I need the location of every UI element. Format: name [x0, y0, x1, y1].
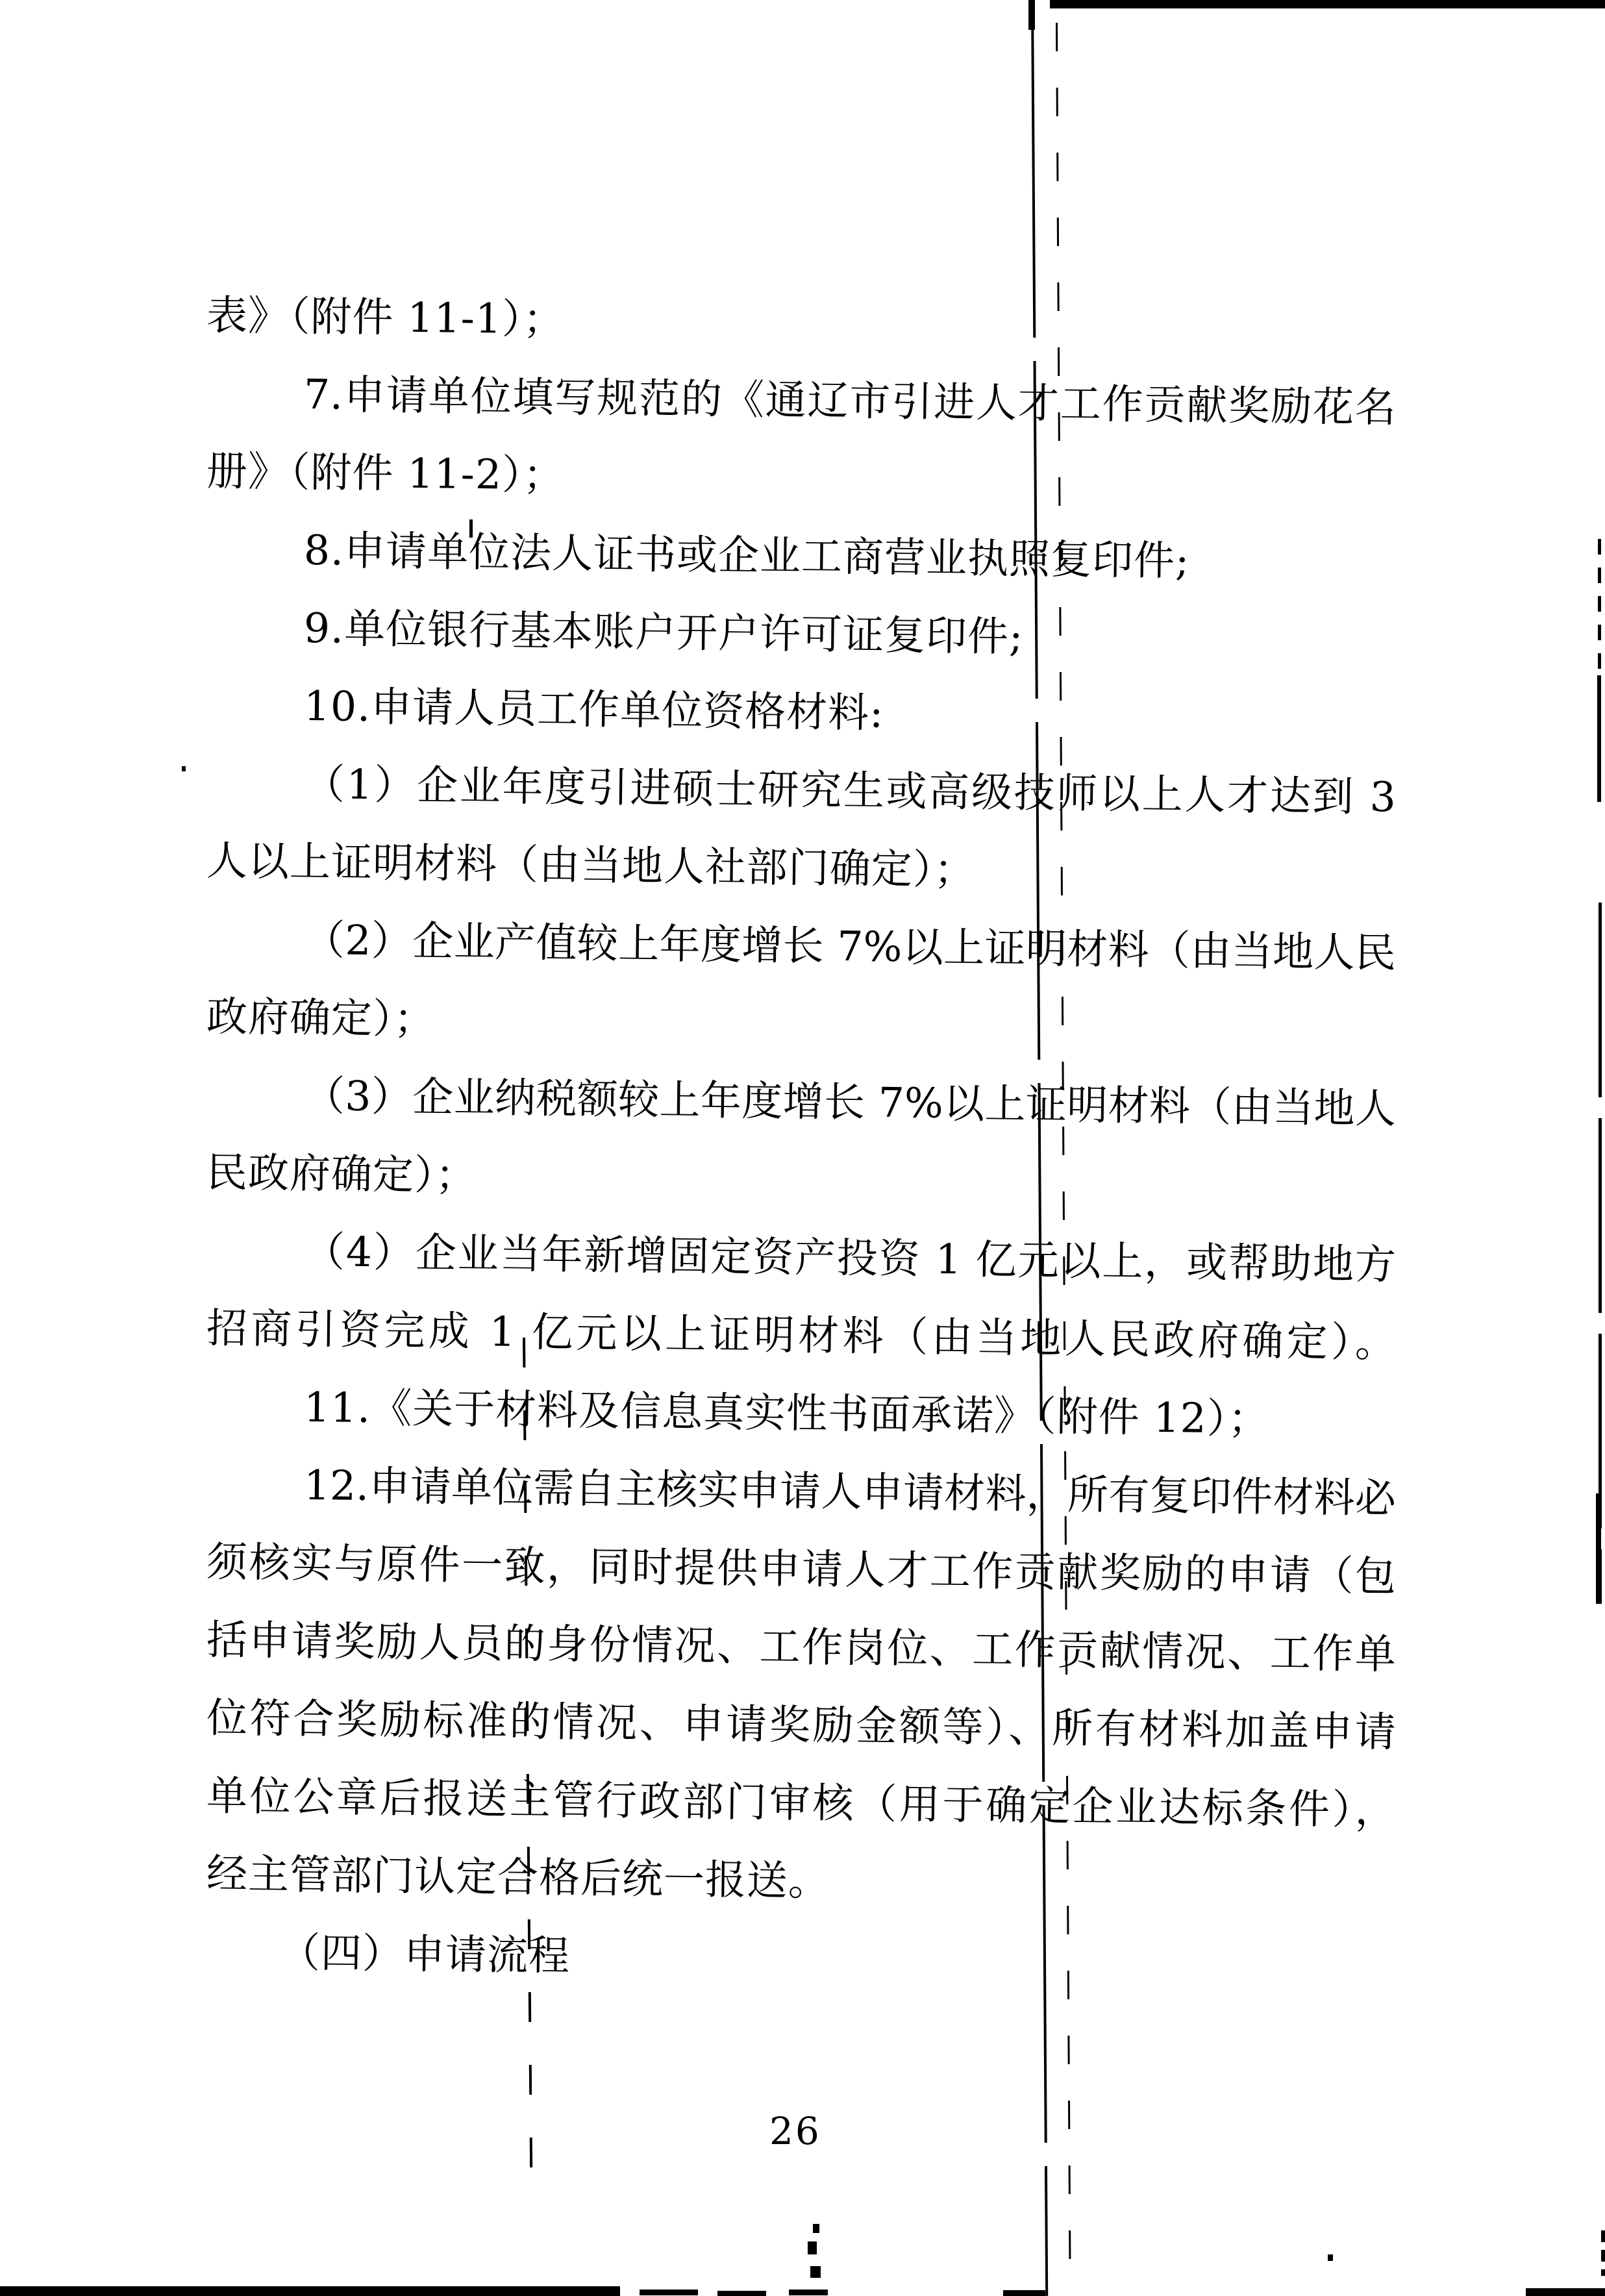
- scanned-document-page: 表》（附件 11-1）； 7.申请单位填写规范的《通辽市引进人才工作贡献奖励花名…: [0, 0, 1605, 2296]
- text-line: （3）企业纳税额较上年度增长 7%以上证明材料（由当地人: [206, 1056, 1396, 1148]
- scan-artifact-bottom-edge-bar: [717, 2291, 766, 2296]
- text-line: 位符合奖励标准的情况、申请奖励金额等）、所有材料加盖申请: [206, 1679, 1396, 1771]
- text-line: 7.申请单位填写规范的《通辽市引进人才工作贡献奖励花名: [206, 355, 1396, 447]
- scan-artifact-ink-speck: [813, 2224, 819, 2233]
- text-line: 单位公章后报送主管行政部门审核（用于确定企业达标条件），: [206, 1757, 1396, 1849]
- scan-artifact-ink-speck: [810, 2266, 821, 2278]
- scan-artifact-bottom-edge-bar: [789, 2290, 828, 2295]
- text-line: （1）企业年度引进硕士研究生或高级技师以上人才达到 3: [206, 744, 1396, 836]
- text-line: 册》（附件 11-2）；: [206, 432, 1396, 525]
- scan-artifact-ink-speck: [469, 519, 473, 538]
- scan-artifact-ink-speck: [182, 766, 186, 771]
- text-line: （2）企业产值较上年度增长 7%以上证明材料（由当地人民: [206, 900, 1396, 992]
- scan-artifact-bottom-edge-bar: [1003, 2290, 1045, 2296]
- text-line: 表》（附件 11-1）；: [206, 277, 1396, 369]
- text-line: （4）企业当年新增固定资产投资 1 亿元以上，或帮助地方: [206, 1212, 1396, 1304]
- scan-artifact-bottom-edge-bar: [640, 2290, 698, 2295]
- scan-artifact-right-edge-line: [1597, 675, 1601, 802]
- text-line: 经主管部门认定合格后统一报送。: [206, 1835, 1396, 1927]
- text-line: 11.《关于材料及信息真实性书面承诺》（附件 12）；: [206, 1367, 1396, 1460]
- scan-artifact-bottom-edge-bar: [0, 2286, 620, 2296]
- scan-artifact-right-edge-line: [1601, 2230, 1605, 2276]
- scan-artifact-right-edge-line: [1596, 1493, 1601, 1604]
- scan-artifact-bottom-edge-bar: [1526, 2288, 1605, 2296]
- section-heading-line: （四）申请流程: [206, 1913, 1396, 2005]
- scan-artifact-right-edge-line: [1598, 539, 1601, 675]
- text-line: 须核实与原件一致，同时提供申请人才工作贡献奖励的申请（包: [206, 1523, 1396, 1616]
- page-number: 26: [769, 2112, 821, 2151]
- scan-artifact-top-line-blob: [1028, 0, 1035, 30]
- text-line: 政府确定）；: [206, 978, 1396, 1070]
- text-line: 8.申请单位法人证书或企业工商营业执照复印件;: [206, 510, 1396, 603]
- scan-artifact-top-edge-bar: [1050, 0, 1605, 8]
- text-line: 9.单位银行基本账户开户许可证复印件;: [206, 588, 1396, 680]
- text-line: 民政府确定）；: [206, 1134, 1396, 1226]
- text-line: 括申请奖励人员的身份情况、工作岗位、工作贡献情况、工作单: [206, 1601, 1396, 1693]
- scan-artifact-ink-speck: [808, 2241, 817, 2254]
- document-text-block: 表》（附件 11-1）； 7.申请单位填写规范的《通辽市引进人才工作贡献奖励花名…: [206, 277, 1396, 1991]
- scan-artifact-ink-speck: [1328, 2254, 1333, 2261]
- text-line: 人以上证明材料（由当地人社部门确定）；: [206, 822, 1396, 914]
- text-line: 12.申请单位需自主核实申请人申请材料，所有复印件材料必: [206, 1445, 1396, 1538]
- text-line: 10.申请人员工作单位资格材料:: [206, 666, 1396, 758]
- text-line: 招商引资完成 1 亿元以上证明材料（由当地人民政府确定）。: [206, 1290, 1396, 1382]
